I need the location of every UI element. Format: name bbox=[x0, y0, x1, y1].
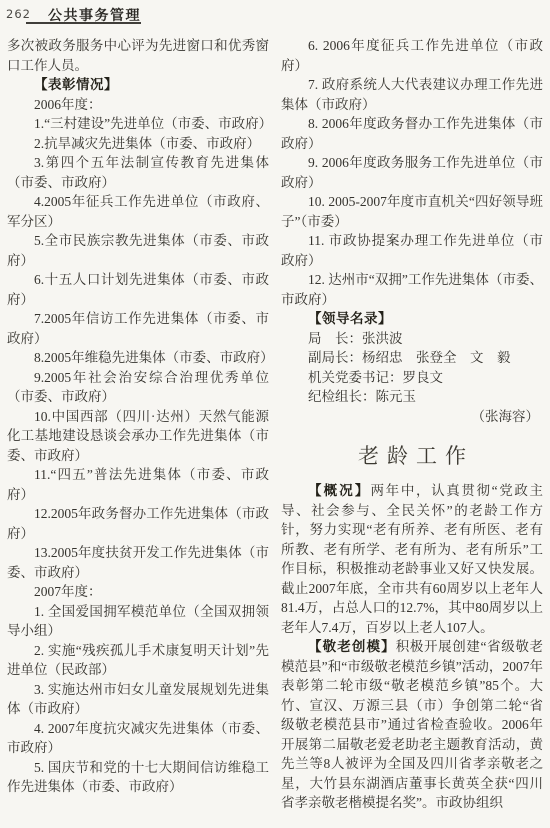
entry-heading: 【敬老创模】 bbox=[308, 639, 396, 654]
paragraph-text: 局 长：张洪波 bbox=[308, 331, 403, 346]
paragraph-text: 积极开展创建“省级敬老模范县”和“市级敬老模范乡镇”活动，2007年表彰第二轮市… bbox=[281, 639, 543, 810]
award-item: 9.2005年社会治安综合治理优秀单位（市委、市政府） bbox=[7, 368, 269, 407]
paragraph-text: 6. 2006年度征兵工作先进单位（市政府） bbox=[281, 38, 543, 73]
paragraph-text: 8.2005年维稳先进集体（市委、市政府） bbox=[34, 350, 274, 365]
jinglao-paragraph: 【敬老创模】积极开展创建“省级敬老模范县”和“市级敬老模范乡镇”活动，2007年… bbox=[281, 637, 543, 813]
paragraph-text: （张海容） bbox=[472, 409, 540, 424]
entry-heading: 【概况】 bbox=[308, 483, 371, 498]
award-item: 1.“三村建设”先进单位（市委、市政府） bbox=[7, 114, 269, 134]
chapter-title: 公共事务管理 bbox=[48, 5, 141, 25]
paragraph-text: 9. 2006年度政务服务工作先进单位（市政府） bbox=[281, 155, 543, 190]
award-item: 11.“四五”普法先进集体（市委、市政府） bbox=[7, 465, 269, 504]
paragraph-text: 副局长：杨绍忠 张登全 文 毅 bbox=[308, 350, 511, 365]
year-label: 2007年度： bbox=[7, 582, 269, 602]
overview-paragraph: 【概况】两年中，认真贯彻“党政主导、社会参与、全民关怀”的老龄工作方针，努力实现… bbox=[281, 481, 543, 637]
paragraph-text: 2.抗旱减灾先进集体（市委、市政府） bbox=[34, 136, 260, 151]
award-item: 9. 2006年度政务服务工作先进单位（市政府） bbox=[281, 153, 543, 192]
paragraph-text: 7. 政府系统人大代表建议办理工作先进集体（市政府） bbox=[281, 77, 543, 112]
award-item: 4.2005年征兵工作先进单位（市政府、军分区） bbox=[7, 192, 269, 231]
book-page: 262 公共事务管理 多次被政务服务中心评为先进窗口和优秀窗口工作人员。 【表彰… bbox=[0, 0, 550, 828]
entry-heading-line: 【表彰情况】 bbox=[7, 75, 269, 95]
award-item: 13.2005年度扶贫开发工作先进集体（市委、市政府） bbox=[7, 543, 269, 582]
paragraph-text: 1.“三村建设”先进单位（市委、市政府） bbox=[34, 116, 272, 131]
paragraph-text: 5. 国庆节和党的十七大期间信访维稳工作先进集体（市委、市政府） bbox=[7, 760, 269, 795]
award-item: 5. 国庆节和党的十七大期间信访维稳工作先进集体（市委、市政府） bbox=[7, 758, 269, 797]
leader-entry: 副局长：杨绍忠 张登全 文 毅 bbox=[281, 348, 543, 368]
leader-entry: 纪检组长：陈元玉 bbox=[281, 387, 543, 407]
paragraph-text: 12. 达州市“双拥”工作先进集体（市委、市政府） bbox=[281, 272, 543, 307]
paragraph-text: 两年中，认真贯彻“党政主导、社会参与、全民关怀”的老龄工作方针，努力实现“老有所… bbox=[281, 483, 543, 635]
body-paragraph: 多次被政务服务中心评为先进窗口和优秀窗口工作人员。 bbox=[7, 36, 269, 75]
page-number: 262 bbox=[6, 7, 31, 21]
paragraph-text: 2. 实施“残疾孤儿手术康复明天计划”先进单位（民政部） bbox=[7, 643, 269, 678]
award-item: 6. 2006年度征兵工作先进单位（市政府） bbox=[281, 36, 543, 75]
paragraph-text: 4.2005年征兵工作先进单位（市政府、军分区） bbox=[7, 194, 269, 229]
paragraph-text: 4. 2007年度抗灾减灾先进集体（市委、市政府） bbox=[7, 721, 269, 756]
year-label: 2006年度： bbox=[7, 95, 269, 115]
paragraph-text: 7.2005年信访工作先进集体（市委、市政府） bbox=[7, 311, 269, 346]
leader-entry: 局 长：张洪波 bbox=[281, 329, 543, 349]
paragraph-text: 5.全市民族宗教先进集体（市委、市政府） bbox=[7, 233, 269, 268]
award-item: 11. 市政协提案办理工作先进单位（市政府） bbox=[281, 231, 543, 270]
award-item: 2.抗旱减灾先进集体（市委、市政府） bbox=[7, 134, 269, 154]
section-title-laoling: 老龄工作 bbox=[281, 442, 543, 470]
paragraph-text: 1. 全国爱国拥军模范单位（全国双拥领导小组） bbox=[7, 604, 269, 639]
paragraph-text: 机关党委书记：罗良文 bbox=[308, 370, 443, 385]
author-signature: （张海容） bbox=[281, 407, 543, 427]
entry-heading-line: 【领导名录】 bbox=[281, 309, 543, 329]
award-item: 10.中国西部（四川·达州）天然气能源化工基地建设恳谈会承办工作先进集体（市委、… bbox=[7, 407, 269, 466]
award-item: 2. 实施“残疾孤儿手术康复明天计划”先进单位（民政部） bbox=[7, 641, 269, 680]
paragraph-text: 10.中国西部（四川·达州）天然气能源化工基地建设恳谈会承办工作先进集体（市委、… bbox=[7, 409, 269, 463]
paragraph-text: 3. 实施达州市妇女儿童发展规划先进集体（市政府） bbox=[7, 682, 269, 717]
leader-entry: 机关党委书记：罗良文 bbox=[281, 368, 543, 388]
paragraph-text: 12.2005年政务督办工作先进集体（市政府） bbox=[7, 506, 269, 541]
paragraph-text: 11.“四五”普法先进集体（市委、市政府） bbox=[7, 467, 269, 502]
award-item: 5.全市民族宗教先进集体（市委、市政府） bbox=[7, 231, 269, 270]
award-item: 3.第四个五年法制宣传教育先进集体（市委、市政府） bbox=[7, 153, 269, 192]
award-item: 4. 2007年度抗灾减灾先进集体（市委、市政府） bbox=[7, 719, 269, 758]
award-item: 8.2005年维稳先进集体（市委、市政府） bbox=[7, 348, 269, 368]
paragraph-text: 11. 市政协提案办理工作先进单位（市政府） bbox=[281, 233, 543, 268]
paragraph-text: 8. 2006年度政务督办工作先进集体（市政府） bbox=[281, 116, 543, 151]
paragraph-text: 13.2005年度扶贫开发工作先进集体（市委、市政府） bbox=[7, 545, 269, 580]
entry-heading: 【表彰情况】 bbox=[34, 77, 118, 92]
award-item: 12. 达州市“双拥”工作先进集体（市委、市政府） bbox=[281, 270, 543, 309]
paragraph-text: 老龄工作 bbox=[358, 444, 474, 468]
award-item: 8. 2006年度政务督办工作先进集体（市政府） bbox=[281, 114, 543, 153]
award-item: 7. 政府系统人大代表建议办理工作先进集体（市政府） bbox=[281, 75, 543, 114]
paragraph-text: 9.2005年社会治安综合治理优秀单位（市委、市政府） bbox=[7, 370, 269, 405]
paragraph-text: 3.第四个五年法制宣传教育先进集体（市委、市政府） bbox=[7, 155, 269, 190]
paragraph-text: 多次被政务服务中心评为先进窗口和优秀窗口工作人员。 bbox=[7, 38, 269, 73]
award-item: 12.2005年政务督办工作先进集体（市政府） bbox=[7, 504, 269, 543]
paragraph-text: 10. 2005-2007年度市直机关“四好领导班子”（市委） bbox=[281, 194, 543, 229]
award-item: 6.十五人口计划先进集体（市委、市政府） bbox=[7, 270, 269, 309]
award-item: 10. 2005-2007年度市直机关“四好领导班子”（市委） bbox=[281, 192, 543, 231]
paragraph-text: 纪检组长：陈元玉 bbox=[308, 389, 416, 404]
award-item: 3. 实施达州市妇女儿童发展规划先进集体（市政府） bbox=[7, 680, 269, 719]
page-header: 262 公共事务管理 bbox=[0, 0, 550, 32]
paragraph-text: 2007年度： bbox=[34, 584, 102, 599]
entry-heading: 【领导名录】 bbox=[308, 311, 392, 326]
left-column: 多次被政务服务中心评为先进窗口和优秀窗口工作人员。 【表彰情况】 2006年度：… bbox=[7, 36, 269, 797]
paragraph-text: 2006年度： bbox=[34, 97, 102, 112]
paragraph-text: 6.十五人口计划先进集体（市委、市政府） bbox=[7, 272, 269, 307]
award-item: 1. 全国爱国拥军模范单位（全国双拥领导小组） bbox=[7, 602, 269, 641]
right-column: 6. 2006年度征兵工作先进单位（市政府） 7. 政府系统人大代表建议办理工作… bbox=[281, 36, 543, 813]
award-item: 7.2005年信访工作先进集体（市委、市政府） bbox=[7, 309, 269, 348]
